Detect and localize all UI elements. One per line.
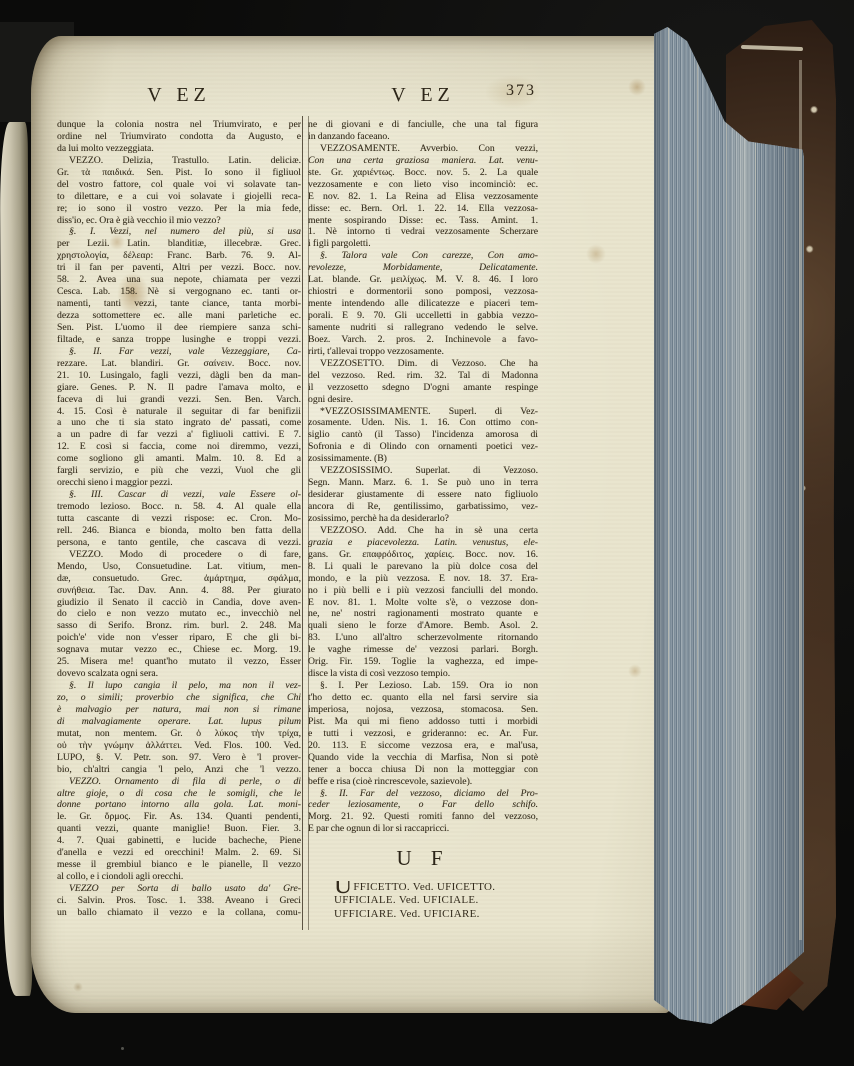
text-line: del vostro fattore, col quale voi vi sol… xyxy=(57,179,301,191)
text-line: to dilettare, e a cui voi solavate i gio… xyxy=(57,191,301,203)
text-line: §. III. Cascar di vezzi, vale Essere ol- xyxy=(57,489,301,501)
text-line: filtade, e sanza troppe lusinghe e tropp… xyxy=(57,334,301,346)
text-line: Sen. Pist. L'uomo il dee riempiere sanza… xyxy=(57,322,301,334)
text-line: dezza sottomettere ec. alle mani parleti… xyxy=(57,310,301,322)
text-line: a un padre di far vezzi a' figliuoli cat… xyxy=(57,429,301,441)
text-line: Sofronia e di Olindo con ornamenti poeti… xyxy=(308,441,538,453)
text-line: συνήθεια. Tac. Dav. Ann. 4. 88. Per giur… xyxy=(57,585,301,597)
text-line: §. I. Per Lezioso. Lab. 159. Ora io non xyxy=(308,680,538,692)
text-column-left: dunque la colonia nostra nel Triumvirato… xyxy=(57,119,301,919)
text-line: come sogliono gli amanti. Malm. 10. 8. E… xyxy=(57,453,301,465)
text-line: Mendo, Uso, Consuetudine. Lat. vitium, m… xyxy=(57,561,301,573)
drop-cap-initial: U xyxy=(334,881,352,894)
text-line: Segn. Mann. Marz. 6. 1. Se può uno in te… xyxy=(308,477,538,489)
text-line: E nov. 82. 1. La Reina ad Elisa vezzosam… xyxy=(308,191,538,203)
text-line: in danzando faceano. xyxy=(308,131,538,143)
text-line: quanti vezzi, quante maniglie! Buon. Fie… xyxy=(57,823,301,835)
cover-edge-highlight xyxy=(799,60,802,940)
text-line: del vezzoso. Red. rim. 32. Tal di Madonn… xyxy=(308,370,538,382)
text-line: t'ho detto ec. quanto ella nel farsi ser… xyxy=(308,692,538,704)
text-line: tri il fan per paventi, Altri per vezzi.… xyxy=(57,262,301,274)
text-line: χρηστολογία, δέλεαρ: Franc. Barb. 76. 9.… xyxy=(57,250,301,262)
text-line: rirti, t'allevai troppo vezzosamente. xyxy=(308,346,538,358)
text-line: Morg. 21. 92. Questi romiti fanno del ve… xyxy=(308,811,538,823)
text-line: samente nudriti si rallegrano vedendo le… xyxy=(308,322,538,334)
running-header-right: V EZ xyxy=(391,84,455,106)
text-line: vezzosamente e con lieto viso incominciò… xyxy=(308,179,538,191)
uf-section-header: U F xyxy=(308,846,538,871)
text-line: disse: ec. Bern. Orl. 1. 22. 14. Ella ve… xyxy=(308,203,538,215)
text-line: persona, e tanto gentile, che cascava di… xyxy=(57,537,301,549)
text-line: orecchi sieno i maggior pezzi. xyxy=(57,477,301,489)
text-line: VEZZO. Delizia, Trastullo. Latin. delici… xyxy=(57,155,301,167)
text-line: donne portano intorno alla gola. Lat. mo… xyxy=(57,799,301,811)
text-line: §. I. Vezzi, nel numero del più, si usa xyxy=(57,226,301,238)
text-line: fargli servizio, e più che vezzi, Vuol c… xyxy=(57,465,301,477)
running-header-right-row: V EZ 373 xyxy=(308,84,538,107)
text-line: sognava mutar vezzo ec., Chiese ec. Morg… xyxy=(57,644,301,656)
text-line: Lat. blande. Gr. μειλίχως. M. V. 8. 46. … xyxy=(308,274,538,286)
text-line: d'anella e vezzi ed orecchini! Malm. 2. … xyxy=(57,847,301,859)
dictionary-entry: UFFICIALE. Ved. UFICIALE. xyxy=(334,894,538,907)
dictionary-entry: UFFICIARE. Ved. UFICIARE. xyxy=(334,908,538,921)
text-line: namenti, tanti vezzi, tante ciance, tant… xyxy=(57,298,301,310)
text-line: gans. Gr. επαφρόδιτος, χαρίεις. Bocc. no… xyxy=(308,549,538,561)
text-line: dovevo scalzata ogni sera. xyxy=(57,668,301,680)
text-line: i figli pargoletti. xyxy=(308,238,538,250)
text-line: re; io sono il vostro vezzo. Per la mia … xyxy=(57,203,301,215)
text-line: 4. 15. Così è naturale il seguitar di fa… xyxy=(57,406,301,418)
text-line: da lui molto vezzeggiata. xyxy=(57,143,301,155)
text-line: ceder leziosamente, o Far dello schifo. xyxy=(308,799,538,811)
entry-text: FFICETTO. Ved. UFICETTO. xyxy=(353,881,495,893)
text-column-right: ne di giovani e di fanciulle, che una ta… xyxy=(308,119,538,835)
text-line: ordine nel Triumvirato condotta da Augus… xyxy=(57,131,301,143)
text-line: un ballo chiamato il vezzo e la collana,… xyxy=(57,907,301,919)
text-line: il vezzosetto sdegno D'ogni amante respi… xyxy=(308,382,538,394)
foxing-stain xyxy=(73,982,83,992)
text-line: §. Talora vale Con carezze, Con amo- xyxy=(308,250,538,262)
text-line: zo, o simili; proverbio che significa, c… xyxy=(57,692,301,704)
dust-speck xyxy=(121,1047,124,1050)
book-fore-edge xyxy=(654,23,804,1027)
text-line: ne, ne' nostri ragionamenti mostrato qua… xyxy=(308,608,538,620)
text-line: tener a bocca chiusa Di non la motteggia… xyxy=(308,764,538,776)
text-line: mente intendendo alle dilicatezze e piac… xyxy=(308,298,538,310)
text-line: do cielo e non vezzo mutato ec., invecch… xyxy=(57,608,301,620)
text-line: dæ, consuetudo. Grec. ἁμάρτημα, σφάλμα, xyxy=(57,573,301,585)
text-line: revolezze, Morbidamente, Delicatamente. xyxy=(308,262,538,274)
text-line: E par che ognun di lor si raccapricci. xyxy=(308,823,538,835)
text-line: Quando vide la vecchia di Marfisa, Non s… xyxy=(308,752,538,764)
text-line: zosamente. Uden. Nis. 1. 16. Con ottimo … xyxy=(308,417,538,429)
text-line: al collo, e i ciondoli agli orecchi. xyxy=(57,871,301,883)
text-line: 25. Misera me! quant'ho mutato il vezzo,… xyxy=(57,656,301,668)
text-line: giare. Genes. P. N. Il padre l'amava mol… xyxy=(57,382,301,394)
text-line: ogni desire. xyxy=(308,394,538,406)
text-line: poich'e' vide non v'esser riparo, E che … xyxy=(57,632,301,644)
text-line: ne di giovani e di fanciulle, che una ta… xyxy=(308,119,538,131)
text-line: porali. E 9. 70. Gli uccelletti in gabbi… xyxy=(308,310,538,322)
text-line: giudizio il Senato il cacciò in Candia, … xyxy=(57,597,301,609)
text-line: Gr. τὰ παιδικά. Sen. Pist. Io sono il fi… xyxy=(57,167,301,179)
text-line: Boez. Varch. 2. pros. 2. Inchinevole a f… xyxy=(308,334,538,346)
text-line: grazia e piacevolezza. Latin. venustus, … xyxy=(308,537,538,549)
text-line: bio, ch'altri cangia 'l pelo, Anzi che '… xyxy=(57,764,301,776)
text-line: VEZZO. Ornamento di fila di perle, o di xyxy=(57,776,301,788)
text-line: dunque la colonia nostra nel Triumvirato… xyxy=(57,119,301,131)
text-line: sasso di Serifo. Bronz. rim. burl. 2. 24… xyxy=(57,620,301,632)
text-line: 21. 10. Lusingalo, fagli vezzi, dàgli be… xyxy=(57,370,301,382)
text-line: quali sieno le forze d'Amore. Bemb. Asol… xyxy=(308,620,538,632)
text-line: mente sospirando Disse: ec. Tass. Amint.… xyxy=(308,215,538,227)
text-line: a uno che ti sia stato ingrato de' passa… xyxy=(57,417,301,429)
text-line: faceva di lui grandi vezzi. Sen. Ben. Va… xyxy=(57,394,301,406)
text-line: VEZZOSO. Add. Che ha in sè una certa xyxy=(308,525,538,537)
text-line: zosissimamente. (B) xyxy=(308,453,538,465)
text-line: beffe e risa (cioè rincrescevole, saziev… xyxy=(308,776,538,788)
page-number: 373 xyxy=(506,82,536,100)
text-line: Cesca. Lab. 158. Nè si vergognano ec. ta… xyxy=(57,286,301,298)
text-line: rell. 246. Bianca e bionda, molto ben fa… xyxy=(57,525,301,537)
text-line: 1. Nè intorno ti vedrai vezzosamente Sch… xyxy=(308,226,538,238)
running-header-left: V EZ xyxy=(57,84,301,107)
text-line: le. Gr. ὅρμος. Fir. As. 134. Quanti pend… xyxy=(57,811,301,823)
text-line: 58. 2. Avea una sua nepote, chiamata per… xyxy=(57,274,301,286)
text-line: no i più belli e i più vezzosi fanciulli… xyxy=(308,585,538,597)
text-line: diss'io, ec. Ora è già vecchio il mio ve… xyxy=(57,215,301,227)
text-line: ancora di Re, gentilissimo, garbatissimo… xyxy=(308,501,538,513)
text-line: VEZZOSISSIMO. Superlat. di Vezzoso. xyxy=(308,465,538,477)
text-line: rezzare. Lat. blandiri. Gr. σαίνειν. Boc… xyxy=(57,358,301,370)
text-line: §. II. Far del vezzoso, diciamo del Pro- xyxy=(308,788,538,800)
text-line: 83. L'uno all'altro scherzevolmente rito… xyxy=(308,632,538,644)
text-line: 4. 7. Quai gabinetti, e lucide bacheche,… xyxy=(57,835,301,847)
text-line: LUPO, §. V. Petr. son. 97. Vero è 'l pro… xyxy=(57,752,301,764)
text-line: §. Il lupo cangia il pelo, ma non il vez… xyxy=(57,680,301,692)
text-line: E nov. 81. 1. Molte volte s'è, o vezzose… xyxy=(308,597,538,609)
text-line: Pist. Ma qui mi fieno addosso tutti i mo… xyxy=(308,716,538,728)
text-line: di malvagiamente operare. Lat. lupus pil… xyxy=(57,716,301,728)
book-photo: V EZ V EZ 373 dunque la colonia nostra n… xyxy=(0,0,854,1066)
text-line: messe il grembiul bianco e le pianelle, … xyxy=(57,859,301,871)
text-line: mondo, e la più vezzosa. E nov. 18. 37. … xyxy=(308,573,538,585)
text-line: 12. E così si faccia, come noi diremmo, … xyxy=(57,441,301,453)
text-line: imperiosa, nojosa, vezzosa, stomacosa. S… xyxy=(308,704,538,716)
text-line: chiostri e dormentorii sono pomposi, vez… xyxy=(308,286,538,298)
facing-pages-edge xyxy=(0,122,32,996)
text-line: VEZZOSETTO. Dim. di Vezzoso. Che ha xyxy=(308,358,538,370)
text-line: è malvagio per natura, mai non si rimane xyxy=(57,704,301,716)
text-line: desiderar giustamente di essere nato fig… xyxy=(308,489,538,501)
text-line: altre gioje, o di cosa che le somigli, c… xyxy=(57,788,301,800)
uf-section: U F UFFICETTO. Ved. UFICETTO. UFFICIALE.… xyxy=(308,846,538,921)
text-line: le vaghe rimesse de' vezzosi parlari. Bo… xyxy=(308,644,538,656)
text-line: ci. Salvin. Pros. Tosc. 1. 338. Aveano i… xyxy=(57,895,301,907)
text-line: e tutti i vezzosi, e grideranno: ec. Ar.… xyxy=(308,728,538,740)
dictionary-entry: UFFICETTO. Ved. UFICETTO. xyxy=(334,881,538,894)
text-line: VEZZO per Sorta di ballo usato da' Gre- xyxy=(57,883,301,895)
text-line: 8. Li quali le parevano la più dolce cos… xyxy=(308,561,538,573)
text-line: Con una certa graziosa maniera. Lat. ven… xyxy=(308,155,538,167)
text-line: disce la vista di così vezzoso tempio. xyxy=(308,668,538,680)
text-line: 20. 113. E siccome vezzosa era, e mal'us… xyxy=(308,740,538,752)
text-line: VEZZOSAMENTE. Avverbio. Con vezzi, xyxy=(308,143,538,155)
text-line: tremodo lezioso. Bocc. n. 58. 4. Al qual… xyxy=(57,501,301,513)
text-line: zosissimo, perchè ha da desiderarlo? xyxy=(308,513,538,525)
text-line: per Lezii. Latin. blanditiæ, illecebræ. … xyxy=(57,238,301,250)
text-line: VEZZO. Modo di procedere o di fare, xyxy=(57,549,301,561)
text-line: οὐ τὴν γνώμην ἀλλάττει. Ved. Flos. 100. … xyxy=(57,740,301,752)
text-line: §. II. Far vezzi, vale Vezzeggiare, Ca- xyxy=(57,346,301,358)
text-line: ste. Gr. χαριέντως. Bocc. nov. 5. 2. La … xyxy=(308,167,538,179)
text-line: siglio cantò (il Tasso) l'incidenza amor… xyxy=(308,429,538,441)
text-line: Orig. Fir. 159. Toglie la vaghezza, ed i… xyxy=(308,656,538,668)
text-line: mutat, non mentem. Gr. ὁ λύκος τὴν τρίχα… xyxy=(57,728,301,740)
text-line: tutta cascante di vezzi rispose: ec. Cro… xyxy=(57,513,301,525)
text-line: *VEZZOSISSIMAMENTE. Superl. di Vez- xyxy=(308,406,538,418)
